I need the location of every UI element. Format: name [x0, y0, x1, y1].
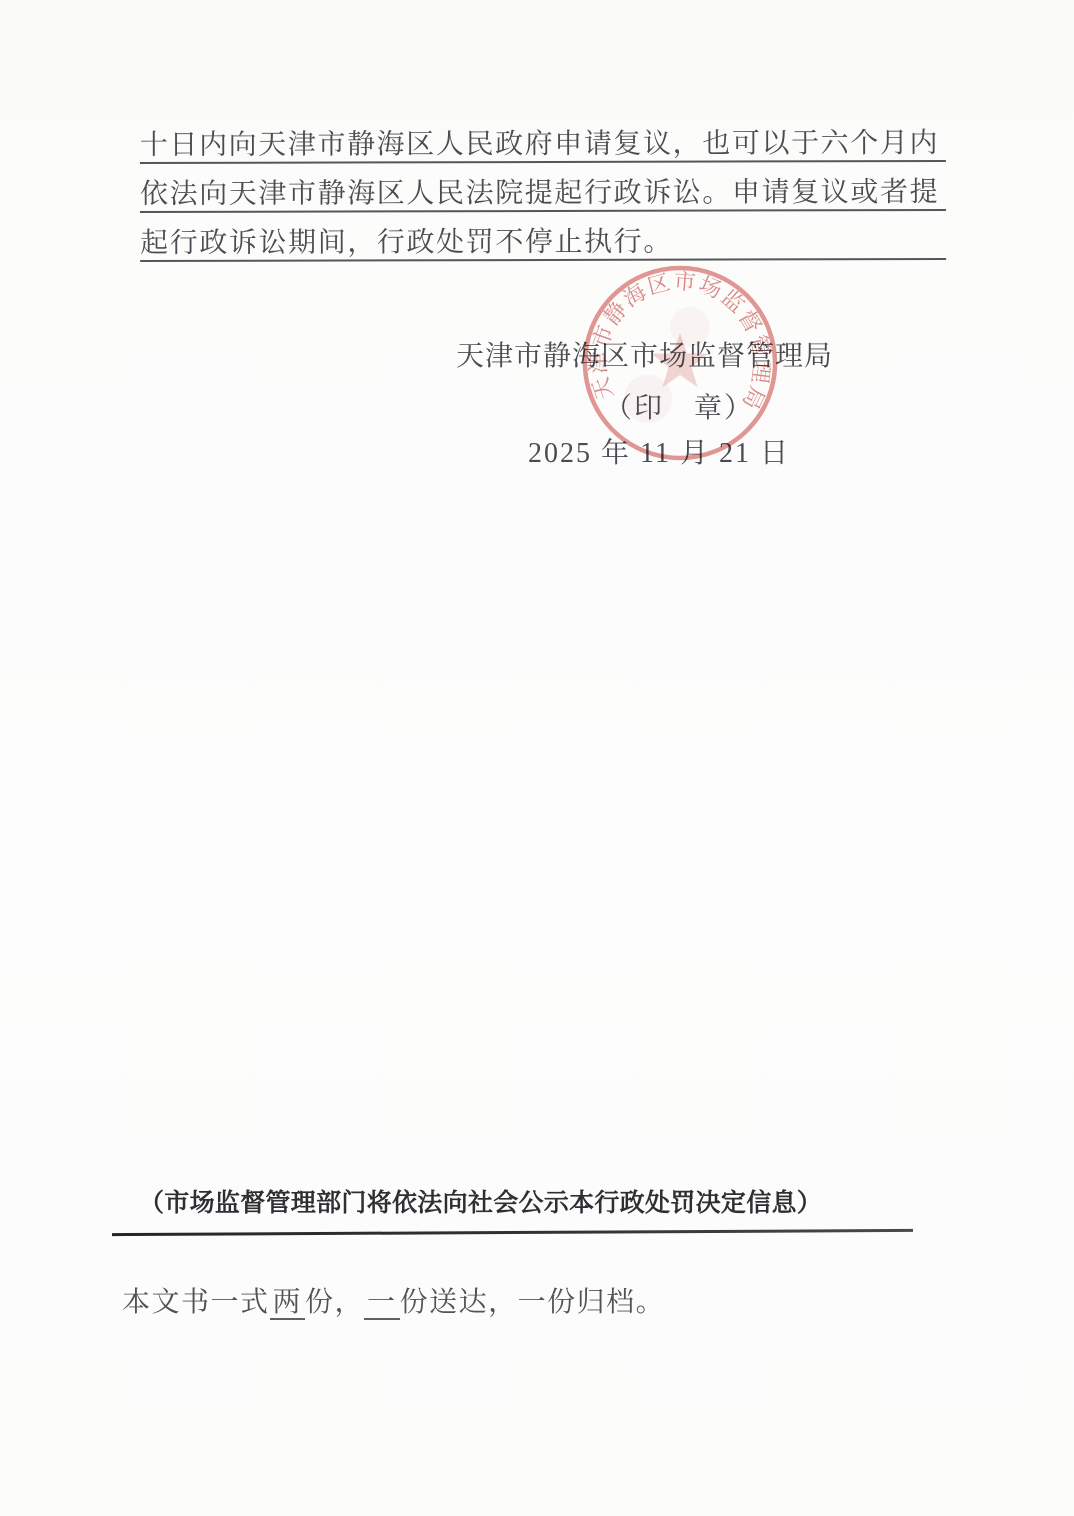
copy-count-blank: 两: [270, 1288, 306, 1320]
paragraph-line-3: 起行政诉讼期间，行政处罚不停止执行。: [140, 226, 946, 262]
agency-name: 天津市静海区市场监督管理局: [456, 334, 833, 374]
delivery-count-blank: 一: [364, 1288, 400, 1320]
legal-paragraph: 十日内向天津市静海区人民政府申请复议，也可以于六个月内 依法向天津市静海区人民法…: [140, 128, 946, 277]
paragraph-line-2: 依法向天津市静海区人民法院提起行政诉讼。申请复议或者提: [140, 177, 946, 213]
paragraph-line-1: 十日内向天津市静海区人民政府申请复议，也可以于六个月内: [140, 128, 946, 164]
footer-mid: 份，: [305, 1287, 364, 1318]
disclosure-note: （市场监督管理部门将依法向社会公示本行政处罚决定信息）: [139, 1183, 822, 1219]
footer-prefix: 本文书一式: [122, 1287, 270, 1318]
scanned-document-page: 十日内向天津市静海区人民政府申请复议，也可以于六个月内 依法向天津市静海区人民法…: [0, 0, 1074, 1516]
seal-placeholder-label: （印 章）: [604, 386, 754, 426]
footer-copies-note: 本文书一式两份，一份送达，一份归档。: [122, 1280, 665, 1320]
footer-suffix: 份送达，一份归档。: [400, 1287, 666, 1318]
section-divider: [112, 1229, 913, 1236]
decision-date: 2025 年 11 月 21 日: [528, 431, 790, 471]
